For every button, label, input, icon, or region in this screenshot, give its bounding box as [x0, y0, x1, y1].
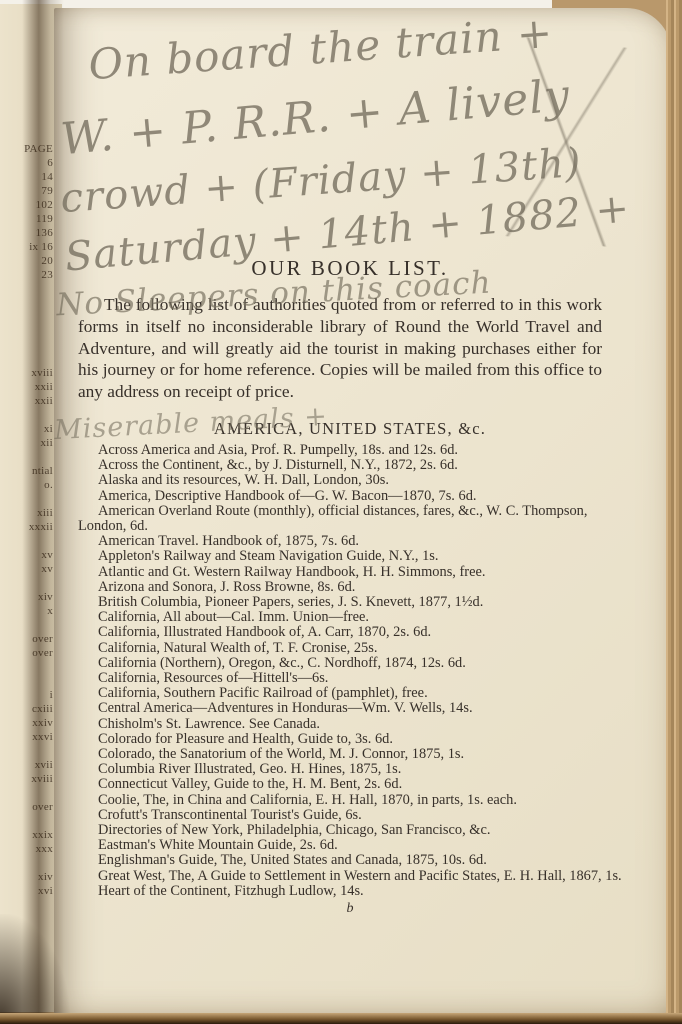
book-list-entry: Colorado for Pleasure and Health, Guide … [78, 732, 622, 747]
book-list-entry: Eastman's White Mountain Guide, 2s. 6d. [78, 838, 622, 853]
section-heading: AMERICA, UNITED STATES, &c. [78, 419, 622, 439]
book-list-entry: California, All about—Cal. Imm. Union—fr… [78, 610, 622, 625]
book-list-entry: Connecticut Valley, Guide to the, H. M. … [78, 777, 622, 792]
book-list-entry: Crofutt's Transcontinental Tourist's Gui… [78, 808, 622, 823]
book-list-entry: Heart of the Continent, Fitzhugh Ludlow,… [78, 884, 622, 899]
book-list-entry: Appleton's Railway and Steam Navigation … [78, 549, 622, 564]
book-list-entry: American Travel. Handbook of, 1875, 7s. … [78, 534, 622, 549]
margin-page-numbers: PAGE 6 14 79 102 119 136 ix 16 20 23 xvi… [24, 142, 53, 898]
signature-mark: b [78, 901, 622, 917]
book-list-entry: Arizona and Sonora, J. Ross Browne, 8s. … [78, 580, 622, 595]
book-list-entry: Englishman's Guide, The, United States a… [78, 853, 622, 868]
book-list-entry: America, Descriptive Handbook of—G. W. B… [78, 489, 622, 504]
book-photo: PAGE 6 14 79 102 119 136 ix 16 20 23 xvi… [0, 0, 682, 1024]
printed-content: OUR BOOK LIST. The following list of aut… [78, 8, 622, 917]
book-list-entry: California, Natural Wealth of, T. F. Cro… [78, 641, 622, 656]
book-list-entry: Across the Continent, &c., by J. Disturn… [78, 458, 622, 473]
book-list-entry: American Overland Route (monthly), offic… [78, 504, 622, 534]
book-list-entry: California (Northern), Oregon, &c., C. N… [78, 656, 622, 671]
book-list: Across America and Asia, Prof. R. Pumpel… [78, 443, 622, 899]
book-list-entry: Directories of New York, Philadelphia, C… [78, 823, 622, 838]
page-title: OUR BOOK LIST. [78, 256, 622, 280]
book-list-entry: California, Illustrated Handbook of, A. … [78, 625, 622, 640]
book-list-entry: Alaska and its resources, W. H. Dall, Lo… [78, 473, 622, 488]
book-list-entry: British Columbia, Pioneer Papers, series… [78, 595, 622, 610]
book-list-entry: Atlantic and Gt. Western Railway Handboo… [78, 565, 622, 580]
book-list-entry: Coolie, The, in China and California, E.… [78, 793, 622, 808]
facing-page-edge: PAGE 6 14 79 102 119 136 ix 16 20 23 xvi… [0, 4, 62, 1012]
intro-paragraph: The following list of authorities quoted… [78, 294, 602, 403]
book-list-entry: Across America and Asia, Prof. R. Pumpel… [78, 443, 622, 458]
book-list-entry: Chisholm's St. Lawrence. See Canada. [78, 717, 622, 732]
book-list-entry: California, Southern Pacific Railroad of… [78, 686, 622, 701]
book-list-entry: Colorado, the Sanatorium of the World, M… [78, 747, 622, 762]
book-list-entry: Central America—Adventures in Honduras—W… [78, 701, 622, 716]
book-list-entry: Great West, The, A Guide to Settlement i… [78, 869, 622, 884]
book-list-entry: Columbia River Illustrated, Geo. H. Hine… [78, 762, 622, 777]
book-list-entry: California, Resources of—Hittell's—6s. [78, 671, 622, 686]
book-page: On board the train + W. + P. R.R. + A li… [54, 8, 672, 1014]
